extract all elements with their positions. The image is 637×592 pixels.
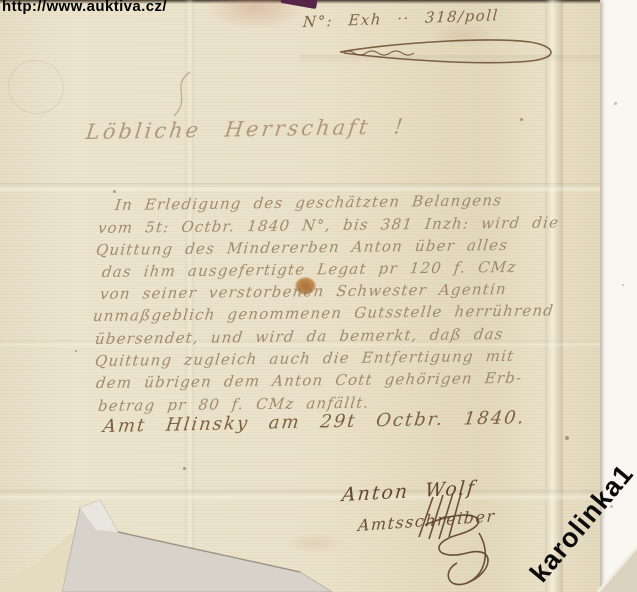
paper-speck: [520, 118, 523, 121]
paper-speck: [113, 190, 116, 193]
background-speck: [614, 102, 617, 105]
watermark-url: http://www.auktiva.cz/: [2, 0, 167, 15]
paper-speck: [75, 350, 77, 352]
letter-paper: [0, 0, 600, 592]
scanned-letter-photo: N°: Exh ·· 318/poll Löbliche Herrschaft …: [0, 0, 637, 592]
background-speck: [622, 284, 624, 286]
folded-corner-bottom-right: [596, 545, 637, 592]
paper-speck: [183, 467, 186, 470]
paper-speck: [565, 436, 569, 440]
